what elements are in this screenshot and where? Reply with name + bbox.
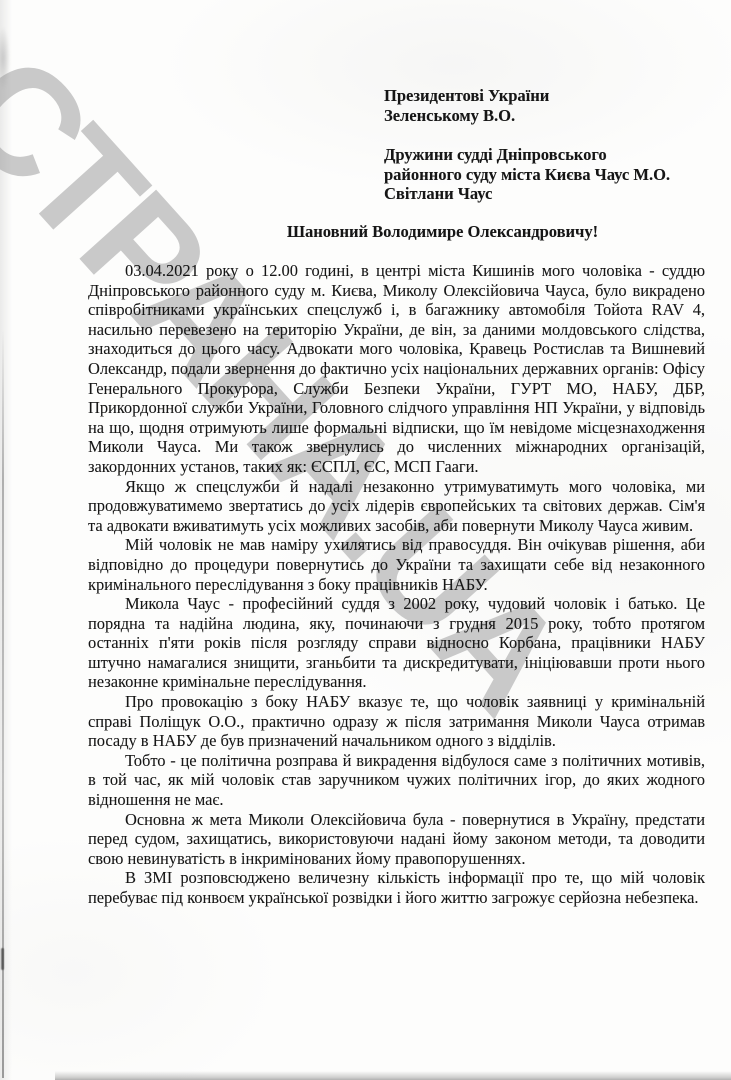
recipient-from-line2: районного суду міста Києва Чаус М.О.	[384, 165, 670, 185]
paragraph-7: Основна ж мета Миколи Олексійовича була …	[88, 810, 705, 869]
letter-content: Президентові України Зеленському В.О. Др…	[0, 0, 731, 1080]
scan-artifact-bottom-edge	[55, 1071, 731, 1080]
paragraph-5: Про провокацію з боку НАБУ вказує те, що…	[88, 692, 705, 751]
recipient-to-title: Президентові України	[384, 86, 670, 106]
recipient-block: Президентові України Зеленському В.О. Др…	[384, 86, 670, 204]
recipient-from-line3: Світлани Чаус	[384, 184, 670, 204]
scan-artifact-left-tick	[1, 948, 4, 970]
scanned-letter-page: СТРАНА.UA Президентові України Зеленсько…	[0, 0, 731, 1080]
salutation: Шановний Володимире Олександровичу!	[135, 222, 731, 242]
paragraph-3: Мій чоловік не мав наміру ухилятись від …	[88, 535, 705, 594]
paragraph-2: Якщо ж спецслужби й надалі незаконно утр…	[88, 477, 705, 536]
paragraph-8: В ЗМІ розповсюджено величезну кількість …	[88, 868, 705, 907]
recipient-gap	[384, 125, 670, 145]
recipient-to-name: Зеленському В.О.	[384, 106, 670, 126]
paragraph-4: Микола Чаус - професійний суддя з 2002 р…	[88, 594, 705, 692]
paragraph-6: Тобто - це політична розправа й викраден…	[88, 751, 705, 810]
paragraph-1: 03.04.2021 року о 12.00 годині, в центрі…	[88, 261, 705, 477]
letter-body: 03.04.2021 року о 12.00 годині, в центрі…	[88, 261, 705, 908]
recipient-from-line1: Дружини судді Дніпровського	[384, 145, 670, 165]
